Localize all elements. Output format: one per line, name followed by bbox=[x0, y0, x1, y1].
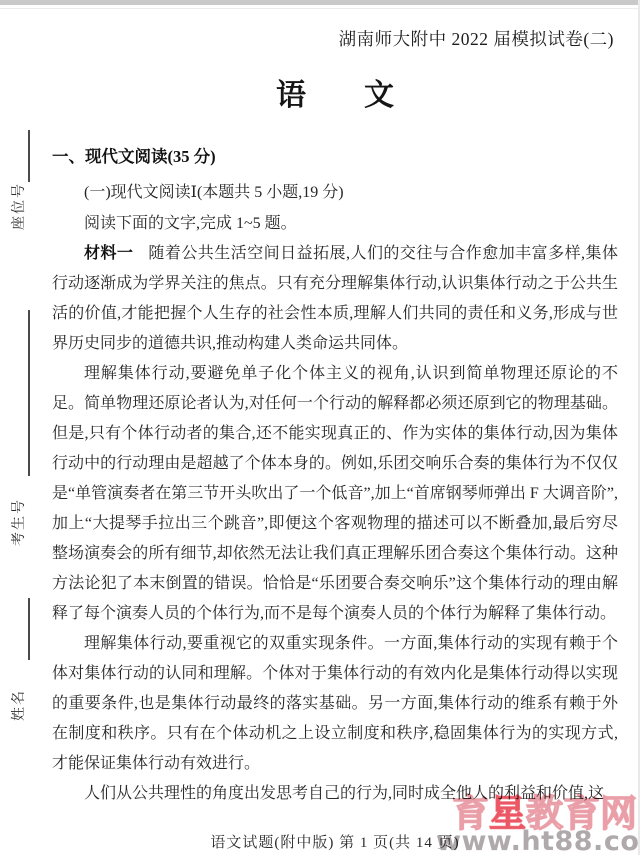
section-subheading: (一)现代文阅读Ⅰ(本题共 5 小题,19 分) bbox=[52, 182, 618, 204]
exam-title-char-2: 文 bbox=[364, 70, 394, 114]
material-one-text: 随着公共生活空间日益拓展,人们的交往与合作愈加丰富多样,集体行动逐渐成为学界关注… bbox=[52, 245, 618, 352]
section-heading: 一、现代文阅读(35 分) bbox=[52, 146, 618, 168]
scan-artifact-top-bar bbox=[0, 0, 640, 5]
passage-paragraph-3: 理解集体行动,要重视它的双重实现条件。一方面,集体行动的实现有赖于个体对集体行动… bbox=[52, 629, 618, 779]
seat-number-blank-line bbox=[28, 130, 30, 182]
scan-artifact-top-line bbox=[0, 8, 640, 9]
name-blank-line bbox=[28, 598, 30, 660]
exam-header-school-line: 湖南师大附中 2022 届模拟试卷(二) bbox=[339, 26, 614, 51]
seat-number-label: 座位号 bbox=[12, 182, 28, 230]
material-one-label: 材料一 bbox=[84, 245, 133, 262]
watermark-url: www.ht88.com bbox=[436, 826, 640, 855]
candidate-number-blank-line bbox=[28, 310, 30, 476]
material-one-paragraph: 材料一随着公共生活空间日益拓展,人们的交往与合作愈加丰富多样,集体行动逐渐成为学… bbox=[52, 239, 618, 359]
name-label: 姓名 bbox=[12, 688, 28, 722]
reading-instruction: 阅读下面的文字,完成 1~5 题。 bbox=[52, 213, 618, 235]
exam-page: 湖南师大附中 2022 届模拟试卷(二) 语 文 座位号 考生号 姓名 一、现代… bbox=[0, 0, 640, 855]
exam-title-char-1: 语 bbox=[276, 70, 306, 114]
passage-paragraph-2: 理解集体行动,要避免单子化个体主义的视角,认识到简单物理还原论的不足。简单物理还… bbox=[52, 359, 618, 629]
exam-content: 一、现代文阅读(35 分) (一)现代文阅读Ⅰ(本题共 5 小题,19 分) 阅… bbox=[52, 146, 618, 809]
exam-title: 语 文 bbox=[52, 70, 618, 114]
candidate-number-label: 考生号 bbox=[12, 498, 28, 546]
